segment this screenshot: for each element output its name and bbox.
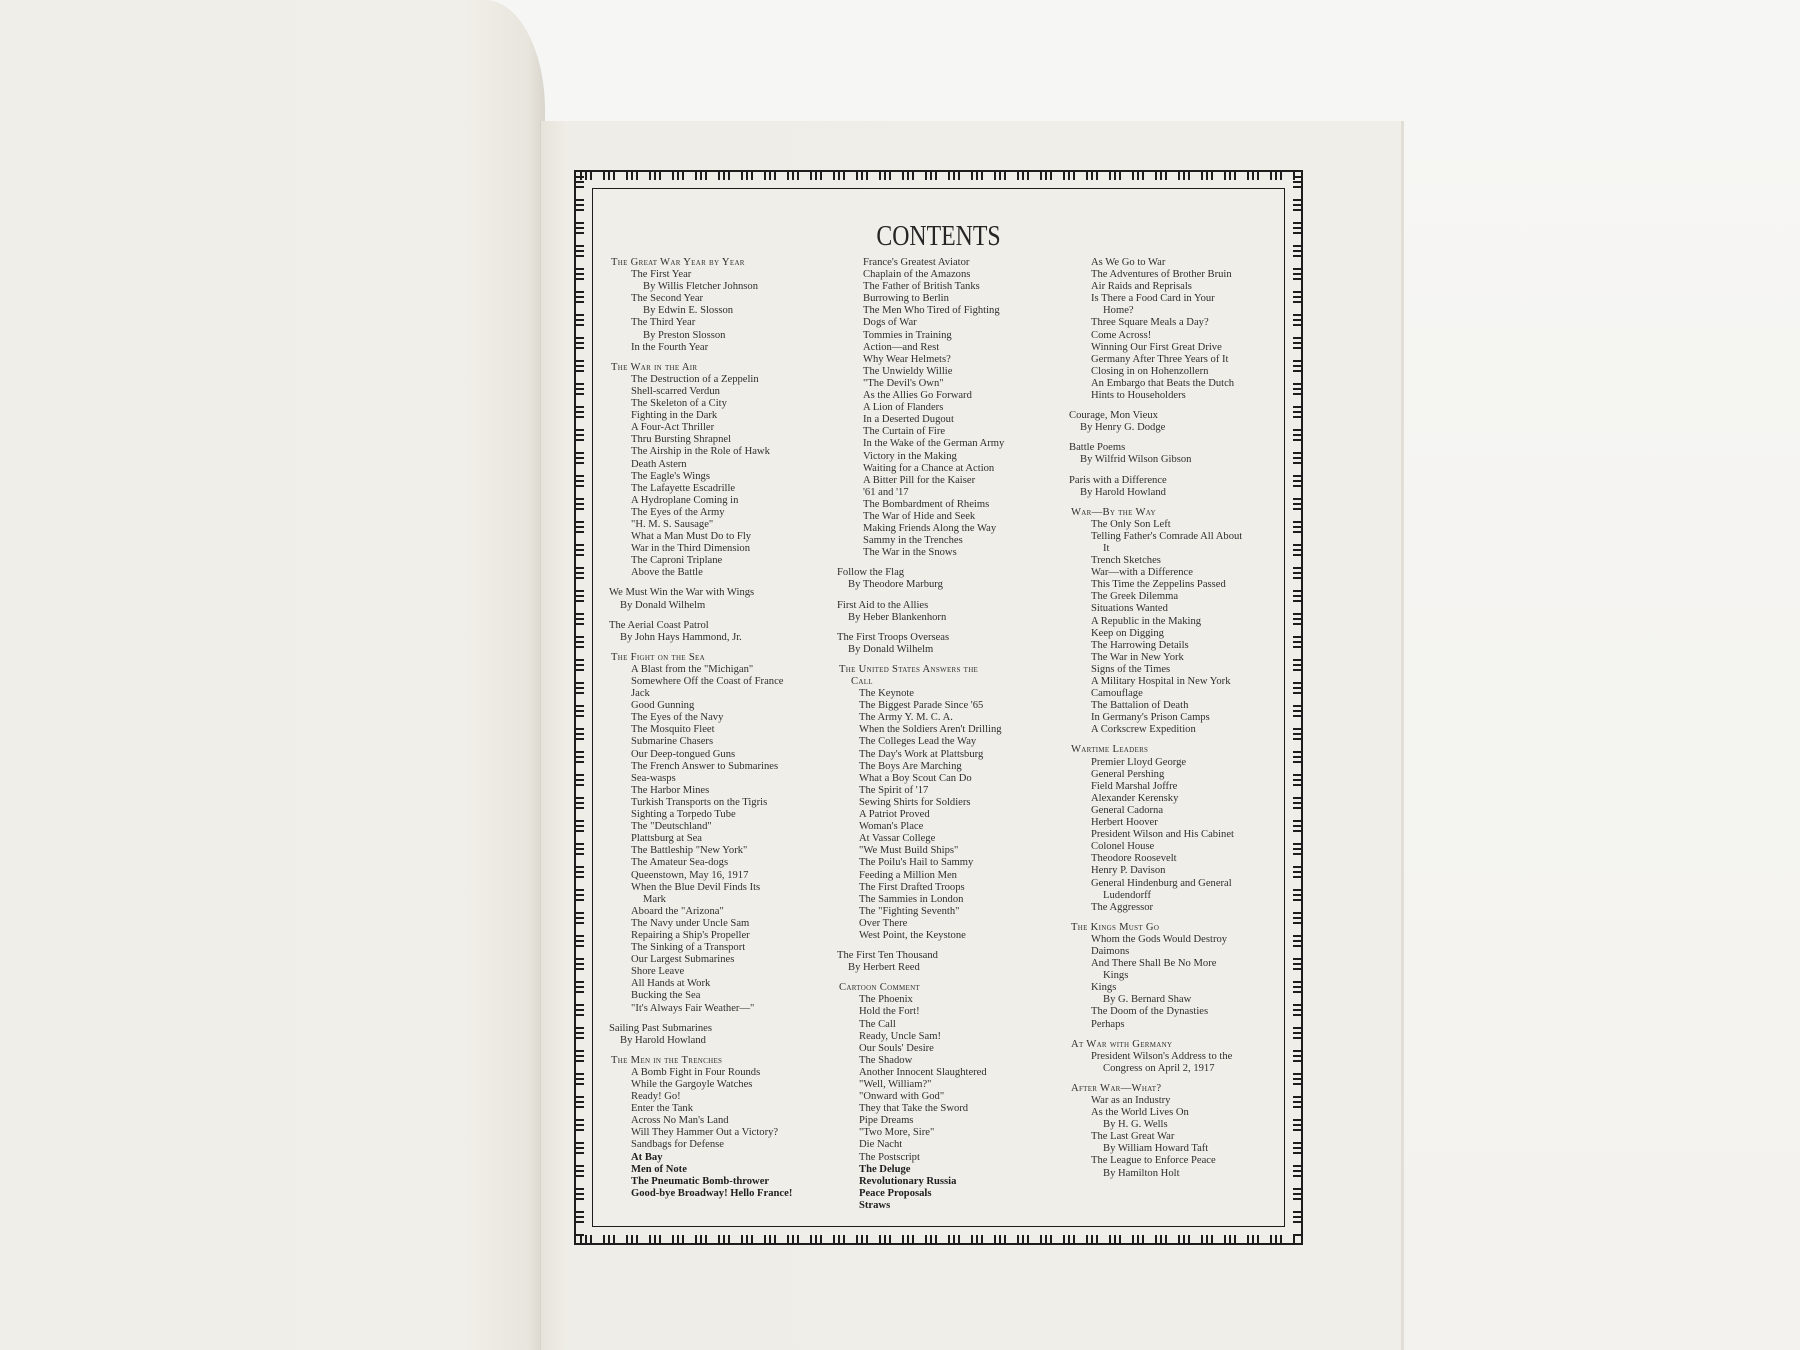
contents-entry: Will They Hammer Out a Victory?	[609, 1127, 829, 1139]
contents-entry: Across No Man's Land	[609, 1115, 829, 1127]
contents-entry: General Cadorna	[1069, 805, 1291, 817]
contents-entry: Our Largest Submarines	[609, 954, 829, 966]
contents-entry: The Call	[837, 1019, 1059, 1031]
contents-entry: Good-bye Broadway! Hello France!	[609, 1188, 829, 1200]
article-title: First Aid to the Allies	[837, 600, 1059, 612]
contents-entry: A Republic in the Making	[1069, 616, 1291, 628]
contents-entry: The Poilu's Hail to Sammy	[837, 857, 1059, 869]
contents-entry: And There Shall Be No More	[1069, 958, 1291, 970]
left-page-blank	[0, 0, 545, 1350]
contents-entry: At Bay	[609, 1152, 829, 1164]
contents-entry: Death Astern	[609, 459, 829, 471]
contents-entry: As the Allies Go Forward	[837, 390, 1059, 402]
contents-entry: France's Greatest Aviator	[837, 257, 1059, 269]
contents-entry: Pipe Dreams	[837, 1115, 1059, 1127]
contents-entry: Sea-wasps	[609, 773, 829, 785]
contents-entry: Sewing Shirts for Soldiers	[837, 797, 1059, 809]
contents-entry: The First Drafted Troops	[837, 882, 1059, 894]
contents-entry: Sammy in the Trenches	[837, 535, 1059, 547]
contents-entry: "The Devil's Own"	[837, 378, 1059, 390]
contents-entry: Ready, Uncle Sam!	[837, 1031, 1059, 1043]
contents-entry: The Harbor Mines	[609, 785, 829, 797]
article-title: We Must Win the War with Wings	[609, 587, 829, 599]
contents-entry: Feeding a Million Men	[837, 870, 1059, 882]
contents-entry: The Pneumatic Bomb-thrower	[609, 1176, 829, 1188]
contents-entry: Turkish Transports on the Tigris	[609, 797, 829, 809]
contents-entry: Hold the Fort!	[837, 1006, 1059, 1018]
section-heading: After War—What?	[1069, 1083, 1291, 1095]
contents-entry: Sandbags for Defense	[609, 1139, 829, 1151]
contents-entry: "It's Always Fair Weather—"	[609, 1003, 829, 1015]
section-heading-continued: Call	[837, 676, 1059, 688]
contents-entry: General Pershing	[1069, 769, 1291, 781]
contents-entry: The Skeleton of a City	[609, 398, 829, 410]
contents-entry: Queenstown, May 16, 1917	[609, 870, 829, 882]
section-heading: The Kings Must Go	[1069, 922, 1291, 934]
contents-entry: The Eyes of the Army	[609, 507, 829, 519]
contents-entry: The War of Hide and Seek	[837, 511, 1059, 523]
contents-entry: All Hands at Work	[609, 978, 829, 990]
contents-entry: The Deluge	[837, 1164, 1059, 1176]
contents-entry: The Aggressor	[1069, 902, 1291, 914]
contents-entry-continued: Congress on April 2, 1917	[1069, 1063, 1291, 1075]
contents-entry: What a Man Must Do to Fly	[609, 531, 829, 543]
contents-entry: When the Blue Devil Finds Its	[609, 882, 829, 894]
contents-entry: The First Year	[609, 269, 829, 281]
contents-entry: An Embargo that Beats the Dutch	[1069, 378, 1291, 390]
section-heading: War—By the Way	[1069, 507, 1291, 519]
contents-entry: Henry P. Davison	[1069, 865, 1291, 877]
contents-entry: Tommies in Training	[837, 330, 1059, 342]
contents-entry: A Bitter Pill for the Kaiser	[837, 475, 1059, 487]
contents-entry: Dogs of War	[837, 317, 1059, 329]
contents-entry: The Greek Dilemma	[1069, 591, 1291, 603]
contents-entry: The Men Who Tired of Fighting	[837, 305, 1059, 317]
contents-entry: Submarine Chasers	[609, 736, 829, 748]
contents-entry: The War in New York	[1069, 652, 1291, 664]
contents-entry: War in the Third Dimension	[609, 543, 829, 555]
contents-entry: Over There	[837, 918, 1059, 930]
contents-entry: In the Wake of the German Army	[837, 438, 1059, 450]
contents-entry: Theodore Roosevelt	[1069, 853, 1291, 865]
contents-entry: Revolutionary Russia	[837, 1176, 1059, 1188]
contents-column-3: As We Go to WarThe Adventures of Brother…	[1069, 257, 1291, 1180]
section-heading: The Fight on the Sea	[609, 652, 829, 664]
contents-entry: Why Wear Helmets?	[837, 354, 1059, 366]
section-heading: The United States Answers the	[837, 664, 1059, 676]
contents-entry: Victory in the Making	[837, 451, 1059, 463]
contents-entry: The Battleship "New York"	[609, 845, 829, 857]
article-title: Sailing Past Submarines	[609, 1023, 829, 1035]
contents-entry: Chaplain of the Amazons	[837, 269, 1059, 281]
contents-entry: The French Answer to Submarines	[609, 761, 829, 773]
contents-entry: '61 and '17	[837, 487, 1059, 499]
article-title: Paris with a Difference	[1069, 475, 1291, 487]
contents-entry: The Only Son Left	[1069, 519, 1291, 531]
contents-entry: Action—and Rest	[837, 342, 1059, 354]
contents-entry: Perhaps	[1069, 1019, 1291, 1031]
contents-entry: The War in the Snows	[837, 547, 1059, 559]
contents-entry: Our Souls' Desire	[837, 1043, 1059, 1055]
contents-entry-continued: Ludendorff	[1069, 890, 1291, 902]
article-author: By Harold Howland	[609, 1035, 829, 1047]
section-heading: The Men in the Trenches	[609, 1055, 829, 1067]
contents-entry-continued: Kings	[1069, 970, 1291, 982]
contents-entry: The Colleges Lead the Way	[837, 736, 1059, 748]
contents-entry: "Two More, Sire"	[837, 1127, 1059, 1139]
section-heading: Cartoon Comment	[837, 982, 1059, 994]
contents-entry: Three Square Meals a Day?	[1069, 317, 1291, 329]
contents-entry: West Point, the Keystone	[837, 930, 1059, 942]
contents-entry: The Amateur Sea-dogs	[609, 857, 829, 869]
contents-entry: Burrowing to Berlin	[837, 293, 1059, 305]
contents-entry: Another Innocent Slaughtered	[837, 1067, 1059, 1079]
contents-entry: The Caproni Triplane	[609, 555, 829, 567]
contents-entry: Sighting a Torpedo Tube	[609, 809, 829, 821]
contents-entry: Herbert Hoover	[1069, 817, 1291, 829]
contents-entry: The Father of British Tanks	[837, 281, 1059, 293]
contents-entry: The "Fighting Seventh"	[837, 906, 1059, 918]
contents-entry: The Phoenix	[837, 994, 1059, 1006]
contents-entry: Premier Lloyd George	[1069, 757, 1291, 769]
contents-entry: While the Gargoyle Watches	[609, 1079, 829, 1091]
ornamental-border-frame: CONTENTS The Great War Year by YearThe F…	[574, 170, 1303, 1245]
contents-entry: Men of Note	[609, 1164, 829, 1176]
contents-entry: Shore Leave	[609, 966, 829, 978]
contents-entry: Somewhere Off the Coast of France	[609, 676, 829, 688]
contents-entry: Jack	[609, 688, 829, 700]
contents-entry: The Bombardment of Rheims	[837, 499, 1059, 511]
contents-entry: The Postscript	[837, 1152, 1059, 1164]
contents-entry: The Navy under Uncle Sam	[609, 918, 829, 930]
contents-entry: A Patriot Proved	[837, 809, 1059, 821]
contents-entry: Waiting for a Chance at Action	[837, 463, 1059, 475]
contents-entry: Field Marshal Joffre	[1069, 781, 1291, 793]
contents-entry: When the Soldiers Aren't Drilling	[837, 724, 1059, 736]
contents-entry: "Well, William?"	[837, 1079, 1059, 1091]
contents-entry: They that Take the Sword	[837, 1103, 1059, 1115]
article-title: The First Troops Overseas	[837, 632, 1059, 644]
contents-entry: The Day's Work at Plattsburg	[837, 749, 1059, 761]
contents-entry: The Unwieldy Willie	[837, 366, 1059, 378]
article-author: By John Hays Hammond, Jr.	[609, 632, 829, 644]
contents-column-1: The Great War Year by YearThe First Year…	[609, 257, 829, 1200]
border-ornament-bottom	[580, 1235, 1297, 1243]
contents-entry: Good Gunning	[609, 700, 829, 712]
contents-entry: Our Deep-tongued Guns	[609, 749, 829, 761]
contents-entry: Thru Bursting Shrapnel	[609, 434, 829, 446]
contents-entry: The Curtain of Fire	[837, 426, 1059, 438]
contents-entry: The Destruction of a Zeppelin	[609, 374, 829, 386]
contents-entry: The Sammies in London	[837, 894, 1059, 906]
border-ornament-top	[580, 172, 1297, 180]
contents-entry: The Third Year	[609, 317, 829, 329]
contents-entry: The League to Enforce Peace	[1069, 1155, 1291, 1167]
entry-author: By Preston Slosson	[609, 330, 829, 342]
contents-entry: President Wilson's Address to the	[1069, 1051, 1291, 1063]
article-title: The Aerial Coast Patrol	[609, 620, 829, 632]
contents-entry: Shell-scarred Verdun	[609, 386, 829, 398]
contents-entry: Repairing a Ship's Propeller	[609, 930, 829, 942]
contents-entry: War—with a Difference	[1069, 567, 1291, 579]
contents-entry: Hints to Householders	[1069, 390, 1291, 402]
contents-entry: This Time the Zeppelins Passed	[1069, 579, 1291, 591]
contents-entry: Situations Wanted	[1069, 603, 1291, 615]
contents-entry: The Second Year	[609, 293, 829, 305]
entry-author: By Hamilton Holt	[1069, 1168, 1291, 1180]
contents-entry: Daimons	[1069, 946, 1291, 958]
contents-entry: Camouflage	[1069, 688, 1291, 700]
contents-entry: Above the Battle	[609, 567, 829, 579]
contents-entry: Signs of the Times	[1069, 664, 1291, 676]
contents-entry: Whom the Gods Would Destroy	[1069, 934, 1291, 946]
contents-entry: The Eyes of the Navy	[609, 712, 829, 724]
contents-entry: Ready! Go!	[609, 1091, 829, 1103]
contents-entry: What a Boy Scout Can Do	[837, 773, 1059, 785]
border-ornament-left	[576, 176, 584, 1239]
page-title: CONTENTS	[645, 221, 1232, 253]
contents-entry: Peace Proposals	[837, 1188, 1059, 1200]
contents-entry: As the World Lives On	[1069, 1107, 1291, 1119]
contents-entry: As We Go to War	[1069, 257, 1291, 269]
contents-entry: Come Across!	[1069, 330, 1291, 342]
contents-entry: Kings	[1069, 982, 1291, 994]
article-title: The First Ten Thousand	[837, 950, 1059, 962]
entry-author: By G. Bernard Shaw	[1069, 994, 1291, 1006]
contents-entry: Plattsburg at Sea	[609, 833, 829, 845]
article-author: By Harold Howland	[1069, 487, 1291, 499]
article-title: Courage, Mon Vieux	[1069, 410, 1291, 422]
contents-entry: Woman's Place	[837, 821, 1059, 833]
contents-entry: A Lion of Flanders	[837, 402, 1059, 414]
contents-entry: A Hydroplane Coming in	[609, 495, 829, 507]
contents-entry: The Boys Are Marching	[837, 761, 1059, 773]
section-heading: The War in the Air	[609, 362, 829, 374]
contents-entry: Germany After Three Years of It	[1069, 354, 1291, 366]
contents-column-2: France's Greatest AviatorChaplain of the…	[837, 257, 1059, 1212]
contents-entry: The Keynote	[837, 688, 1059, 700]
contents-entry: In a Deserted Dugout	[837, 414, 1059, 426]
article-title: Battle Poems	[1069, 442, 1291, 454]
contents-entry: Colonel House	[1069, 841, 1291, 853]
contents-entry: The Lafayette Escadrille	[609, 483, 829, 495]
contents-entry: A Corkscrew Expedition	[1069, 724, 1291, 736]
contents-entry: Aboard the "Arizona"	[609, 906, 829, 918]
entry-author: By H. G. Wells	[1069, 1119, 1291, 1131]
article-author: By Wilfrid Wilson Gibson	[1069, 454, 1291, 466]
contents-entry: Is There a Food Card in Your	[1069, 293, 1291, 305]
border-ornament-right	[1293, 176, 1301, 1239]
contents-entry: The Doom of the Dynasties	[1069, 1006, 1291, 1018]
contents-entry: Alexander Kerensky	[1069, 793, 1291, 805]
contents-entry: Die Nacht	[837, 1139, 1059, 1151]
contents-entry: A Blast from the "Michigan"	[609, 664, 829, 676]
section-heading: At War with Germany	[1069, 1039, 1291, 1051]
page-edge	[1401, 121, 1404, 1350]
contents-entry: Making Friends Along the Way	[837, 523, 1059, 535]
contents-entry: The Mosquito Fleet	[609, 724, 829, 736]
contents-entry: Air Raids and Reprisals	[1069, 281, 1291, 293]
contents-entry: Straws	[837, 1200, 1059, 1212]
article-title: Follow the Flag	[837, 567, 1059, 579]
contents-entry: "We Must Build Ships"	[837, 845, 1059, 857]
contents-entry: Keep on Digging	[1069, 628, 1291, 640]
contents-entry: Bucking the Sea	[609, 990, 829, 1002]
contents-entry: Winning Our First Great Drive	[1069, 342, 1291, 354]
contents-entry: The Army Y. M. C. A.	[837, 712, 1059, 724]
contents-entry: The Spirit of '17	[837, 785, 1059, 797]
entry-author: By Edwin E. Slosson	[609, 305, 829, 317]
contents-entry: A Military Hospital in New York	[1069, 676, 1291, 688]
contents-entry: The Shadow	[837, 1055, 1059, 1067]
contents-entry: The Biggest Parade Since '65	[837, 700, 1059, 712]
contents-entry: The Eagle's Wings	[609, 471, 829, 483]
contents-entry: Closing in on Hohenzollern	[1069, 366, 1291, 378]
section-heading: Wartime Leaders	[1069, 744, 1291, 756]
article-author: By Theodore Marburg	[837, 579, 1059, 591]
contents-entry: The Battalion of Death	[1069, 700, 1291, 712]
contents-entry: Enter the Tank	[609, 1103, 829, 1115]
article-author: By Donald Wilhelm	[837, 644, 1059, 656]
entry-author: By William Howard Taft	[1069, 1143, 1291, 1155]
contents-entry: Fighting in the Dark	[609, 410, 829, 422]
contents-entry-continued: Mark	[609, 894, 829, 906]
contents-entry: The Adventures of Brother Bruin	[1069, 269, 1291, 281]
contents-entry-continued: It	[1069, 543, 1291, 555]
contents-entry: A Bomb Fight in Four Rounds	[609, 1067, 829, 1079]
contents-entry: "Onward with God"	[837, 1091, 1059, 1103]
contents-entry: In the Fourth Year	[609, 342, 829, 354]
contents-entry: At Vassar College	[837, 833, 1059, 845]
article-author: By Herbert Reed	[837, 962, 1059, 974]
contents-entry: Telling Father's Comrade All About	[1069, 531, 1291, 543]
article-author: By Donald Wilhelm	[609, 600, 829, 612]
contents-entry: The Sinking of a Transport	[609, 942, 829, 954]
contents-entry: A Four-Act Thriller	[609, 422, 829, 434]
contents-entry-continued: Home?	[1069, 305, 1291, 317]
contents-entry: War as an Industry	[1069, 1095, 1291, 1107]
contents-entry: Trench Sketches	[1069, 555, 1291, 567]
article-author: By Henry G. Dodge	[1069, 422, 1291, 434]
contents-entry: The Last Great War	[1069, 1131, 1291, 1143]
contents-entry: President Wilson and His Cabinet	[1069, 829, 1291, 841]
contents-entry: General Hindenburg and General	[1069, 878, 1291, 890]
contents-entry: The "Deutschland"	[609, 821, 829, 833]
article-author: By Heber Blankenhorn	[837, 612, 1059, 624]
contents-entry: The Airship in the Role of Hawk	[609, 446, 829, 458]
contents-entry: The Harrowing Details	[1069, 640, 1291, 652]
contents-entry: "H. M. S. Sausage"	[609, 519, 829, 531]
contents-entry: In Germany's Prison Camps	[1069, 712, 1291, 724]
entry-author: By Willis Fletcher Johnson	[609, 281, 829, 293]
contents-panel: CONTENTS The Great War Year by YearThe F…	[592, 188, 1285, 1227]
section-heading: The Great War Year by Year	[609, 257, 829, 269]
